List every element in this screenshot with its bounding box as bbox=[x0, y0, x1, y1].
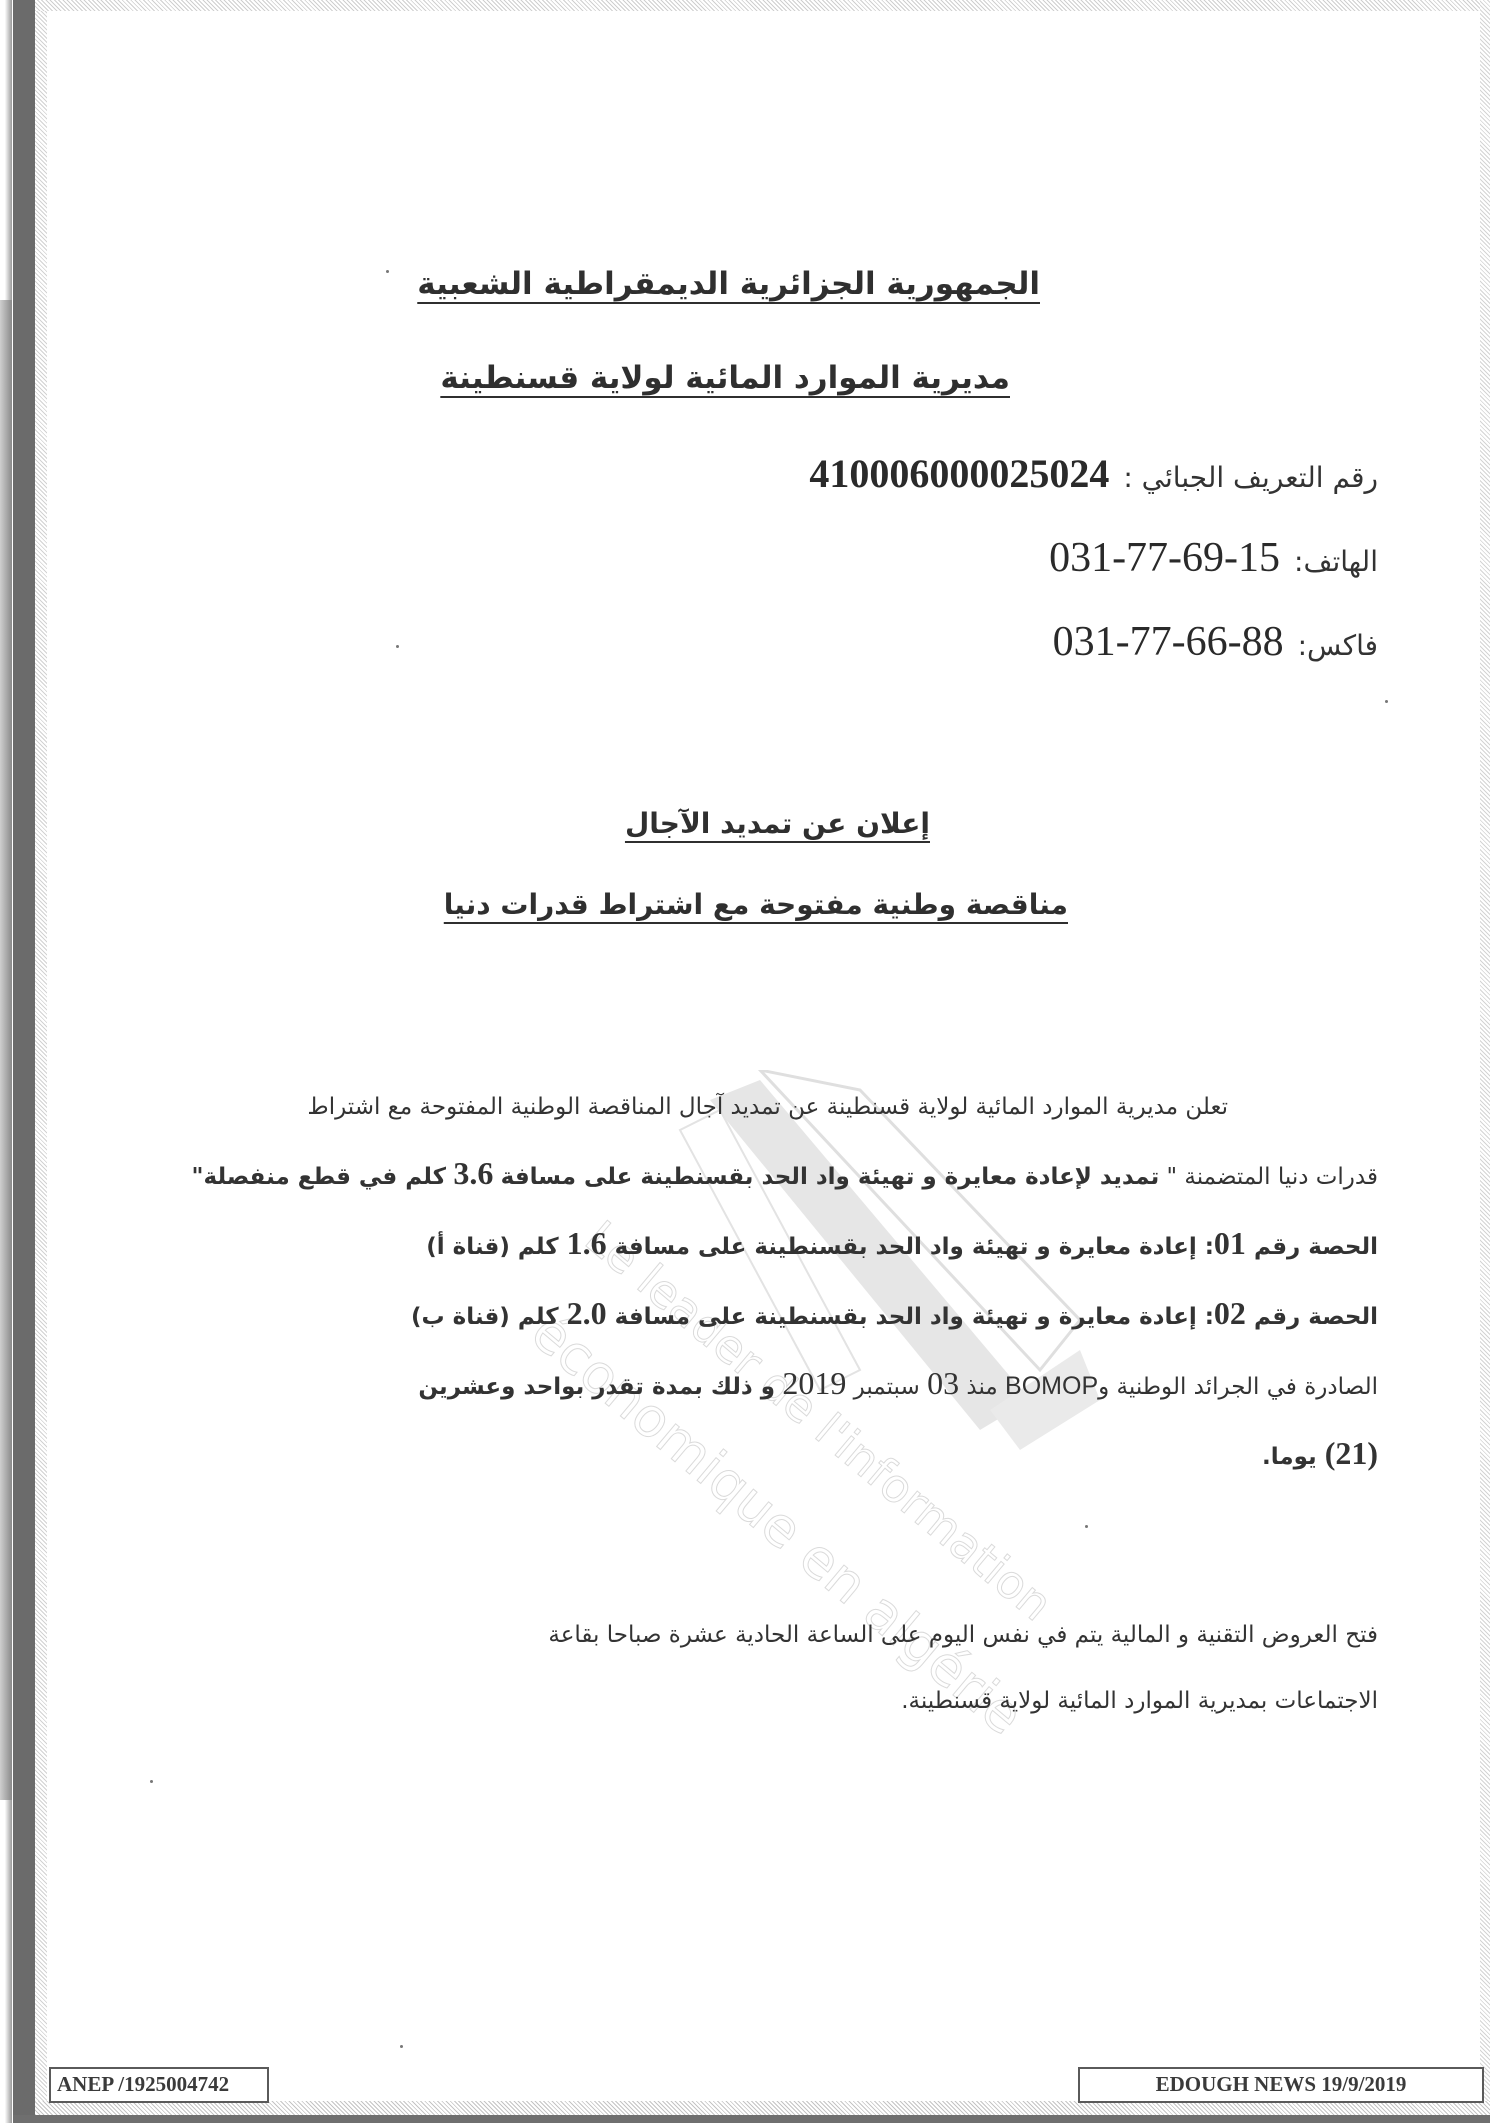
published-year: 2019 bbox=[782, 1365, 846, 1401]
announcement-page: الجمهورية الجزائرية الديمقراطية الشعبية … bbox=[48, 12, 1478, 2092]
opening-paragraph: فتح العروض التقنية و المالية يتم في نفس … bbox=[163, 1602, 1378, 1734]
scan-bottom-halftone bbox=[35, 2101, 1490, 2115]
tender-type-title: مناقصة وطنية مفتوحة مع اشتراط قدرات دنيا bbox=[444, 888, 1068, 921]
scan-left-border bbox=[13, 0, 35, 2123]
announcement-body: تعلن مديرية الموارد المائية لولاية قسنطي… bbox=[163, 1074, 1378, 1490]
scan-speck bbox=[396, 645, 399, 648]
scan-top-halftone bbox=[35, 0, 1490, 11]
lot-2-text-a: : إعادة معايرة و تهيئة واد الحد بقسنطينة… bbox=[615, 1304, 1214, 1330]
lot-2-number: 02 bbox=[1214, 1295, 1246, 1331]
fax-line: فاكس: 031-77-66-88 bbox=[1053, 618, 1378, 666]
directorate-heading: مديرية الموارد المائية لولاية قسنطينة bbox=[440, 360, 1010, 396]
scan-speck bbox=[150, 1780, 153, 1783]
scan-speck bbox=[1385, 700, 1388, 703]
lot-1: الحصة رقم 01: إعادة معايرة و تهيئة واد ا… bbox=[163, 1210, 1378, 1280]
duration-line: (21) يوما. bbox=[163, 1420, 1378, 1490]
extension-notice-title: إعلان عن تمديد الآجال bbox=[625, 807, 930, 840]
tax-id-value: 410006000025024 bbox=[809, 450, 1109, 497]
publication-line: الصادرة في الجرائد الوطنية وBOMOP منذ 03… bbox=[163, 1350, 1378, 1420]
lot-2-text-b: كلم (قناة ب) bbox=[411, 1304, 559, 1330]
published-since: منذ bbox=[966, 1374, 997, 1400]
scan-bottom-border bbox=[13, 2115, 1490, 2123]
published-month: سبتمبر bbox=[854, 1374, 920, 1400]
scan-speck bbox=[386, 270, 389, 273]
duration-word: يوما. bbox=[1262, 1444, 1317, 1470]
fax-value: 031-77-66-88 bbox=[1053, 618, 1284, 666]
project-distance: 3.6 bbox=[453, 1155, 493, 1191]
lot-1-text-a: : إعادة معايرة و تهيئة واد الحد بقسنطينة… bbox=[615, 1234, 1214, 1260]
phone-line: الهاتف: 031-77-69-15 bbox=[1049, 534, 1378, 582]
lot-1-distance: 1.6 bbox=[567, 1225, 607, 1261]
fax-label: فاكس: bbox=[1298, 629, 1378, 662]
body-line-2: قدرات دنيا المتضمنة " تمديد لإعادة معاير… bbox=[163, 1140, 1378, 1210]
duration-number: (21) bbox=[1325, 1435, 1378, 1471]
scan-speck bbox=[1085, 1525, 1088, 1528]
republic-heading: الجمهورية الجزائرية الديمقراطية الشعبية bbox=[417, 266, 1040, 302]
lot-1-number: 01 bbox=[1214, 1225, 1246, 1261]
newspaper-source: EDOUGH NEWS 19/9/2019 bbox=[1078, 2067, 1484, 2103]
tax-id-label: رقم التعريف الجبائي : bbox=[1123, 461, 1378, 494]
phone-label: الهاتف: bbox=[1294, 545, 1378, 578]
scan-speck bbox=[400, 2045, 403, 2048]
scan-right-halftone bbox=[1480, 0, 1490, 2123]
scan-left-halftone bbox=[35, 0, 47, 2123]
body-line-1: تعلن مديرية الموارد المائية لولاية قسنطي… bbox=[163, 1074, 1378, 1140]
project-title-b: كلم في قطع منفصلة" bbox=[192, 1164, 447, 1190]
project-title-a: تمديد لإعادة معايرة و تهيئة واد الحد بقس… bbox=[501, 1164, 1160, 1190]
opening-line-2: الاجتماعات بمديرية الموارد المائية لولاي… bbox=[163, 1668, 1378, 1734]
tax-id-line: رقم التعريف الجبائي : 410006000025024 bbox=[809, 450, 1378, 497]
opening-line-1: فتح العروض التقنية و المالية يتم في نفس … bbox=[163, 1602, 1378, 1668]
published-day: 03 bbox=[927, 1365, 959, 1401]
lot-1-label: الحصة رقم bbox=[1254, 1234, 1378, 1260]
body-line-2-start: قدرات دنيا المتضمنة " bbox=[1167, 1164, 1378, 1190]
bomop: BOMOP bbox=[1005, 1372, 1098, 1400]
anep-reference: ANEP /1925004742 bbox=[49, 2067, 269, 2103]
phone-value: 031-77-69-15 bbox=[1049, 534, 1280, 582]
lot-2: الحصة رقم 02: إعادة معايرة و تهيئة واد ا… bbox=[163, 1280, 1378, 1350]
lot-2-distance: 2.0 bbox=[567, 1295, 607, 1331]
duration-text: و ذلك بمدة تقدر بواحد وعشرين bbox=[418, 1374, 775, 1400]
published-in: الصادرة في الجرائد الوطنية و bbox=[1098, 1374, 1378, 1400]
lot-1-text-b: كلم (قناة أ) bbox=[426, 1234, 558, 1260]
lot-2-label: الحصة رقم bbox=[1254, 1304, 1378, 1330]
scan-left-shadow-fold bbox=[0, 300, 12, 1800]
